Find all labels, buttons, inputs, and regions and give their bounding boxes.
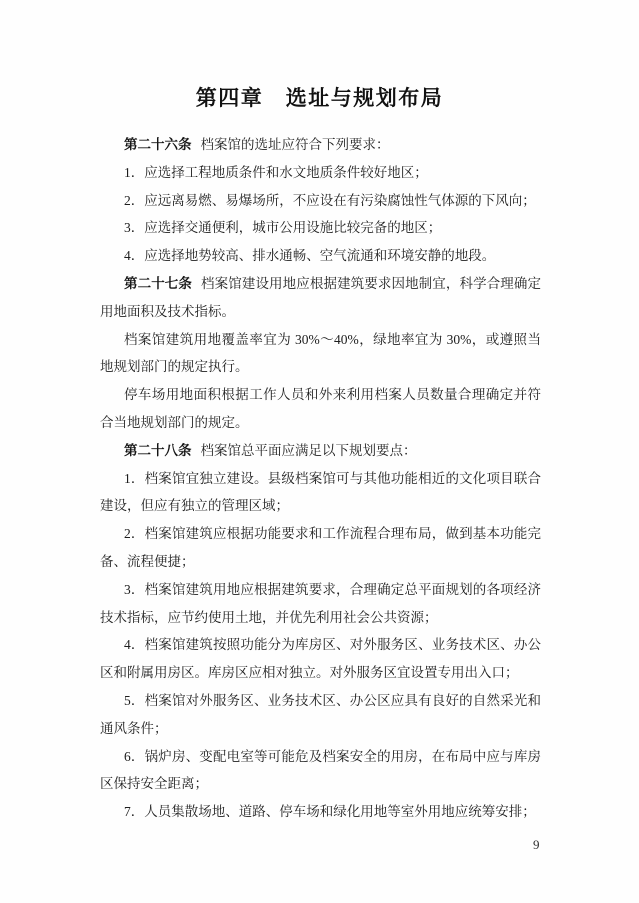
article-27-label: 第二十七条 <box>124 276 192 291</box>
paragraph-text: 2．档案馆建筑应根据功能要求和工作流程合理布局，做到基本功能完备、流程便捷； <box>100 526 541 569</box>
document-page: 第四章 选址与规划布局 第二十六条档案馆的选址应符合下列要求： 1．应选择工程地… <box>0 0 639 903</box>
list-item-paragraph: 2．应远离易燃、易爆场所，不应设在有污染腐蚀性气体源的下风向； <box>100 187 541 215</box>
paragraph-text: 6．锅炉房、变配电室等可能危及档案安全的用房，在布局中应与库房区保持安全距离； <box>100 749 541 792</box>
paragraph-text: 5．档案馆对外服务区、业务技术区、办公区应具有良好的自然采光和通风条件； <box>100 693 541 736</box>
list-item-paragraph: 6．锅炉房、变配电室等可能危及档案安全的用房，在布局中应与库房区保持安全距离； <box>100 743 541 799</box>
list-item-paragraph: 1．档案馆宜独立建设。县级档案馆可与其他功能相近的文化项目联合建设，但应有独立的… <box>100 465 541 521</box>
body-paragraph: 档案馆建筑用地覆盖率宜为 30%～40%，绿地率宜为 30%，或遵照当地规划部门… <box>100 326 541 382</box>
chapter-title: 第四章 选址与规划布局 <box>0 82 639 112</box>
list-item-paragraph: 3．应选择交通便利，城市公用设施比较完备的地区； <box>100 214 541 242</box>
paragraph-text: 4．应选择地势较高、排水通畅、空气流通和环境安静的地段。 <box>124 248 495 263</box>
list-item-paragraph: 1．应选择工程地质条件和水文地质条件较好地区； <box>100 159 541 187</box>
paragraph-text: 停车场用地面积根据工作人员和外来利用档案人员数量合理确定并符合当地规划部门的规定… <box>100 387 541 430</box>
paragraph-text: 1．档案馆宜独立建设。县级档案馆可与其他功能相近的文化项目联合建设，但应有独立的… <box>100 471 541 514</box>
list-item-paragraph: 3．档案馆建筑用地应根据建筑要求，合理确定总平面规划的各项经济技术指标，应节约使… <box>100 576 541 632</box>
list-item-paragraph: 4．档案馆建筑按照功能分为库房区、对外服务区、业务技术区、办公区和附属用房区。库… <box>100 631 541 687</box>
paragraph-text: 3．应选择交通便利，城市公用设施比较完备的地区； <box>124 220 441 235</box>
list-item-paragraph: 5．档案馆对外服务区、业务技术区、办公区应具有良好的自然采光和通风条件； <box>100 687 541 743</box>
paragraph-text: 7．人员集散场地、道路、停车场和绿化用地等室外用地应统筹安排； <box>124 804 536 819</box>
article-26-paragraph: 第二十六条档案馆的选址应符合下列要求： <box>100 131 541 159</box>
paragraph-text: 档案馆总平面应满足以下规划要点： <box>201 443 417 458</box>
paragraph-text: 3．档案馆建筑用地应根据建筑要求，合理确定总平面规划的各项经济技术指标，应节约使… <box>100 582 541 625</box>
article-27-paragraph: 第二十七条档案馆建设用地应根据建筑要求因地制宜，科学合理确定用地面积及技术指标。 <box>100 270 541 326</box>
paragraph-text: 档案馆的选址应符合下列要求： <box>201 137 390 152</box>
page-number: 9 <box>533 837 540 853</box>
paragraph-text: 2．应远离易燃、易爆场所，不应设在有污染腐蚀性气体源的下风向； <box>124 193 536 208</box>
article-28-label: 第二十八条 <box>124 443 192 458</box>
paragraph-text: 1．应选择工程地质条件和水文地质条件较好地区； <box>124 165 428 180</box>
list-item-paragraph: 4．应选择地势较高、排水通畅、空气流通和环境安静的地段。 <box>100 242 541 270</box>
body-paragraph: 停车场用地面积根据工作人员和外来利用档案人员数量合理确定并符合当地规划部门的规定… <box>100 381 541 437</box>
article-26-label: 第二十六条 <box>124 137 192 152</box>
document-body: 第二十六条档案馆的选址应符合下列要求： 1．应选择工程地质条件和水文地质条件较好… <box>100 131 541 826</box>
paragraph-text: 档案馆建筑用地覆盖率宜为 30%～40%，绿地率宜为 30%，或遵照当地规划部门… <box>100 332 541 375</box>
list-item-paragraph: 7．人员集散场地、道路、停车场和绿化用地等室外用地应统筹安排； <box>100 798 541 826</box>
paragraph-text: 4．档案馆建筑按照功能分为库房区、对外服务区、业务技术区、办公区和附属用房区。库… <box>100 637 541 680</box>
article-28-paragraph: 第二十八条档案馆总平面应满足以下规划要点： <box>100 437 541 465</box>
list-item-paragraph: 2．档案馆建筑应根据功能要求和工作流程合理布局，做到基本功能完备、流程便捷； <box>100 520 541 576</box>
